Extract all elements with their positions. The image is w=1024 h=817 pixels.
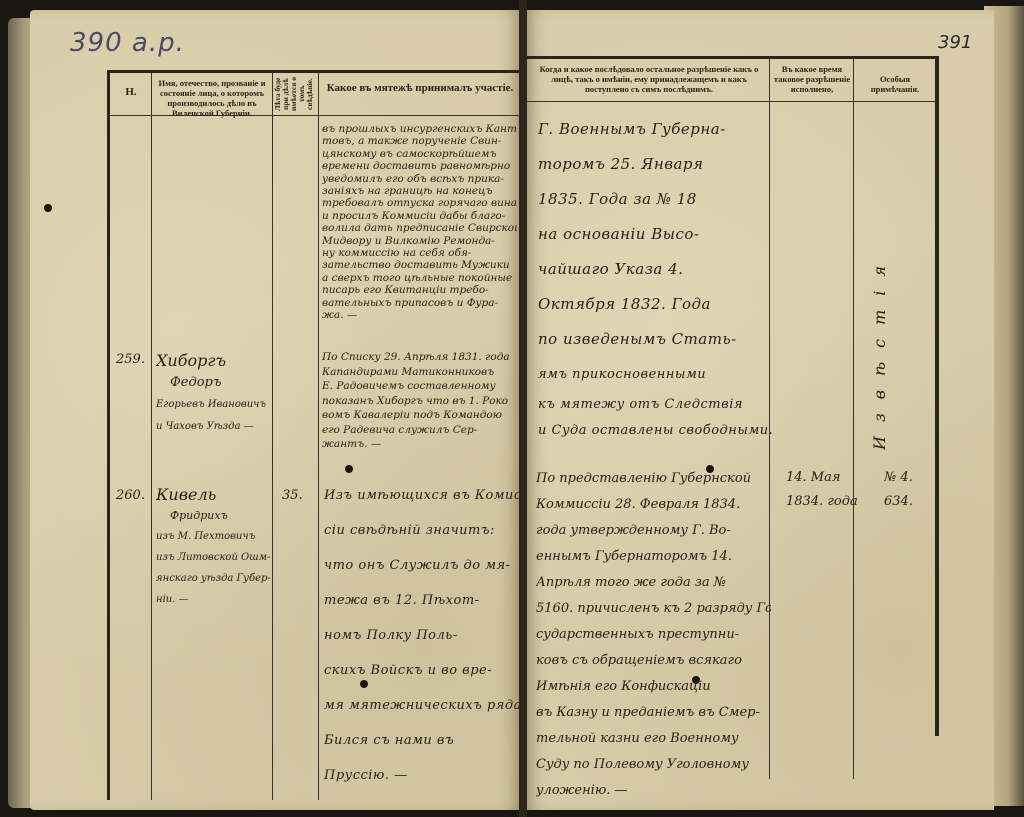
header-name: Имя, отечество, прозванiе и состоянiе ли… — [152, 78, 272, 118]
folio-number-right: 391 — [938, 32, 972, 53]
row-259-participation: По Списку 29. Апрѣля 1831. года Капандир… — [322, 350, 517, 452]
header-executed: Въ какое время таковое разрѣшенiе исполн… — [771, 64, 853, 94]
row-260-number: 260. — [116, 488, 145, 503]
column-divider — [151, 73, 152, 800]
row-259-number: 259. — [116, 352, 145, 367]
row-260-notes: № 4. 634. — [884, 466, 913, 514]
resolution-continuation: Г. Военнымъ Губерна- торомъ 25. Января 1… — [538, 112, 773, 444]
binding-hole — [44, 204, 52, 212]
table-left-border — [107, 70, 110, 800]
column-divider — [318, 73, 319, 800]
column-divider — [853, 59, 854, 779]
table-top-rule-left — [107, 70, 519, 73]
notes-vertical: Извѣстiя — [872, 130, 896, 450]
folio-number-left: 390 a.p. — [70, 28, 185, 58]
header-number: Н. — [112, 86, 150, 99]
binding-hole — [706, 465, 714, 473]
row-259-name: Хиборгъ Федоръ Егорьевъ Ивановичъ и Чахо… — [156, 350, 274, 438]
header-age: Лѣта буде при дѣлѣ имѣется о томъ свѣдѣн… — [274, 74, 316, 114]
header-notes: Особыя примѣчанiя. — [855, 74, 935, 94]
row-260-resolution: По представленiю Губернской Коммиссiи 28… — [536, 466, 771, 804]
table-right-border — [935, 56, 939, 736]
row-260-participation: Изъ имѣющихся въ Комис- сiи свѣдѣнiй зна… — [324, 478, 519, 793]
binding-hole — [360, 680, 368, 688]
row-260-age: 35. — [282, 488, 303, 503]
participation-continuation: въ прошлыхъ инсургенскихъ Кантон- товъ, … — [322, 123, 517, 322]
table-top-rule-right — [527, 56, 937, 59]
open-ledger-book: 390 a.p. 391 Н. Имя, отечество, прозванi… — [0, 0, 1024, 817]
header-participation: Какое въ мятежѣ принималъ участiе. — [320, 82, 520, 95]
binding-hole — [692, 676, 700, 684]
binding-hole — [345, 465, 353, 473]
book-gutter — [519, 0, 527, 817]
header-resolution: Когда и какое послѣдовало остальное разр… — [529, 64, 769, 94]
row-260-name: Кивель Фридрихъ изъ М. Пехтовичъ изъ Лит… — [156, 484, 274, 610]
row-260-executed: 14. Мая 1834. года — [786, 466, 858, 514]
header-bottom-rule-right — [527, 101, 937, 102]
